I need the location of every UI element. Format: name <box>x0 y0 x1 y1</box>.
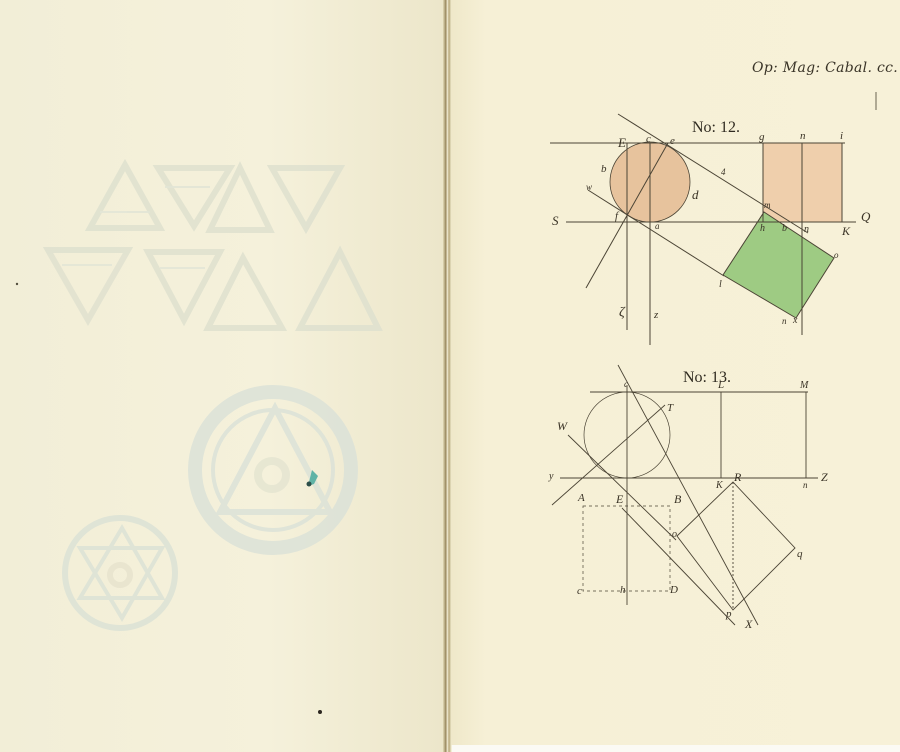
figure-title: No: 12. <box>692 119 740 137</box>
point-label: l <box>719 280 722 290</box>
book-spread: Op: Mag: Cabal. cc. No: 12. No: 13. E c … <box>0 0 900 752</box>
point-label: n <box>803 481 808 490</box>
point-label: K <box>842 225 850 237</box>
point-label: g <box>759 132 765 143</box>
point-label: a <box>655 222 660 231</box>
point-label: q <box>797 549 803 560</box>
running-head: Op: Mag: Cabal. cc. <box>752 60 898 76</box>
point-label: o <box>834 251 839 260</box>
point-label: x <box>793 316 797 326</box>
point-label: d <box>692 188 699 201</box>
point-label: ζ <box>619 306 625 320</box>
point-label: E <box>616 493 623 505</box>
point-label: D <box>670 585 678 596</box>
point-label: b <box>782 224 787 234</box>
point-label: c <box>646 134 651 145</box>
point-label: p <box>726 609 732 620</box>
point-label: n <box>800 131 806 142</box>
point-label: S <box>552 214 559 227</box>
point-label: c <box>577 586 582 597</box>
point-label: B <box>674 493 681 505</box>
point-label: m <box>764 201 771 210</box>
point-label: L <box>718 380 724 391</box>
point-label: y <box>549 472 553 482</box>
point-label: f <box>615 211 618 222</box>
point-label: A <box>578 493 585 504</box>
point-label: Q <box>861 210 870 223</box>
point-label: E <box>618 136 626 149</box>
point-label: K <box>716 481 723 491</box>
point-label: w <box>586 183 592 192</box>
point-label: h <box>760 224 765 234</box>
point-label: b <box>601 164 607 175</box>
point-label: h <box>620 585 626 596</box>
point-label: z <box>654 310 658 321</box>
green-square <box>723 212 834 318</box>
point-label: R <box>734 471 741 483</box>
point-label: n <box>804 225 809 235</box>
figure-13 <box>552 365 818 625</box>
point-label: Z <box>821 471 828 483</box>
point-label: T <box>667 403 673 414</box>
point-label: W <box>557 420 567 432</box>
point-label: 4 <box>721 168 726 177</box>
point-label: e <box>670 136 675 147</box>
point-label: o <box>672 530 677 540</box>
right-page-diagrams <box>0 0 900 752</box>
point-label: i <box>840 131 843 142</box>
point-label: c <box>624 380 628 389</box>
point-label: n <box>782 317 787 326</box>
point-label: M <box>800 381 808 391</box>
point-label: X <box>745 618 752 630</box>
figure-12 <box>550 114 856 345</box>
